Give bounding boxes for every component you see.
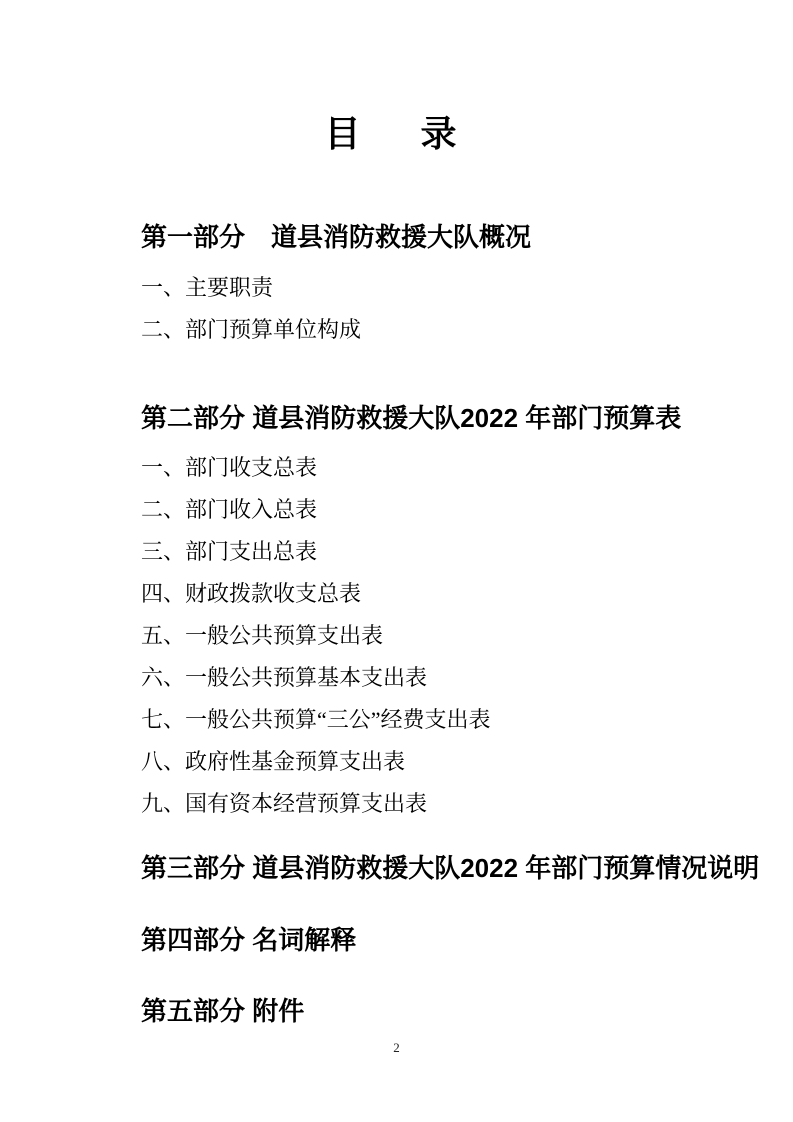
section-heading-1: 第一部分 道县消防救援大队概况 xyxy=(141,222,733,252)
toc-item: 八、政府性基金预算支出表 xyxy=(141,750,733,774)
toc-title: 目 录 xyxy=(0,0,793,160)
toc-item: 四、财政拨款收支总表 xyxy=(141,582,733,606)
document-page: 目 录 第一部分 道县消防救援大队概况 一、主要职责 二、部门预算单位构成 第二… xyxy=(0,0,793,1122)
toc-section-3: 第三部分 道县消防救援大队2022 年部门预算情况说明 xyxy=(141,853,733,883)
toc-item: 六、一般公共预算基本支出表 xyxy=(141,666,733,690)
page-number: 2 xyxy=(0,1040,793,1056)
section-items-1: 一、主要职责 二、部门预算单位构成 xyxy=(141,276,733,342)
toc-section-1: 第一部分 道县消防救援大队概况 一、主要职责 二、部门预算单位构成 xyxy=(141,222,733,342)
toc-item: 五、一般公共预算支出表 xyxy=(141,624,733,648)
toc-item: 九、国有资本经营预算支出表 xyxy=(141,792,733,816)
toc-item: 三、部门支出总表 xyxy=(141,540,733,564)
toc-content: 第一部分 道县消防救援大队概况 一、主要职责 二、部门预算单位构成 第二部分 道… xyxy=(0,222,793,1026)
toc-section-2: 第二部分 道县消防救援大队2022 年部门预算表 一、部门收支总表 二、部门收入… xyxy=(141,403,733,816)
toc-item: 二、部门预算单位构成 xyxy=(141,318,733,342)
toc-item: 七、一般公共预算“三公”经费支出表 xyxy=(141,708,733,732)
section-heading-2: 第二部分 道县消防救援大队2022 年部门预算表 xyxy=(141,403,733,433)
toc-item: 一、部门收支总表 xyxy=(141,456,733,480)
toc-item: 一、主要职责 xyxy=(141,276,733,300)
toc-section-5: 第五部分 附件 xyxy=(141,996,733,1026)
section-items-2: 一、部门收支总表 二、部门收入总表 三、部门支出总表 四、财政拨款收支总表 五、… xyxy=(141,456,733,816)
section-heading-3: 第三部分 道县消防救援大队2022 年部门预算情况说明 xyxy=(141,853,733,883)
section-heading-4: 第四部分 名词解释 xyxy=(141,925,733,955)
section-heading-5: 第五部分 附件 xyxy=(141,996,733,1026)
toc-item: 二、部门收入总表 xyxy=(141,498,733,522)
toc-section-4: 第四部分 名词解释 xyxy=(141,925,733,955)
